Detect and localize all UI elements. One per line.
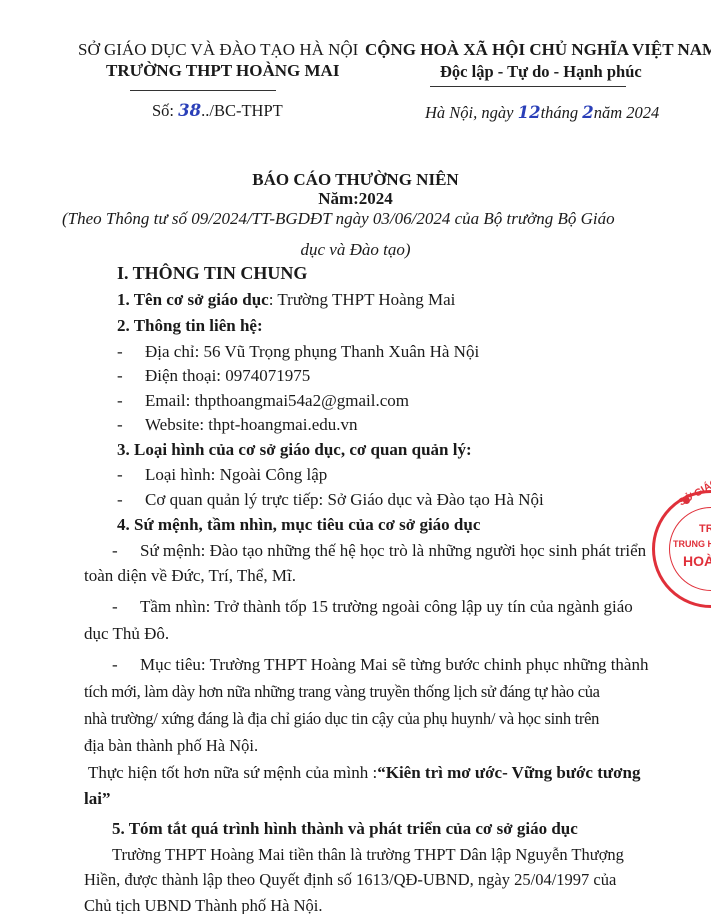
stamp-line2: TRUNG HỌC P bbox=[673, 539, 711, 549]
goal-line4: địa bàn thành phố Hà Nội. bbox=[84, 736, 258, 756]
date-month-label: tháng bbox=[541, 103, 583, 122]
section-heading: I. THÔNG TIN CHUNG bbox=[117, 263, 307, 284]
mission-text: Sứ mệnh: Đào tạo những thế hệ học trò là… bbox=[140, 541, 646, 560]
type-authority: -Cơ quan quản lý trực tiếp: Sở Giáo dục … bbox=[117, 490, 544, 510]
item-1-label: 1. Tên cơ sở giáo dục bbox=[117, 290, 269, 309]
item-1-value: : Trường THPT Hoàng Mai bbox=[269, 290, 456, 309]
type-authority-text: Cơ quan quản lý trực tiếp: Sở Giáo dục v… bbox=[145, 490, 544, 509]
stamp-ring-text: SỞ GIÁO DỤC VÀ ĐÀO TẠO bbox=[677, 432, 711, 508]
stamp-line3: HOÀNG bbox=[683, 553, 711, 569]
item-2-label: 2. Thông tin liên hệ: bbox=[117, 316, 263, 336]
official-stamp: SỞ GIÁO DỤC VÀ ĐÀO TẠO TRƯỜ TRUNG HỌC P … bbox=[652, 490, 711, 608]
report-title-text: BÁO CÁO THƯỜNG NIÊN bbox=[252, 170, 458, 189]
date-prefix: Hà Nội, ngày bbox=[425, 103, 518, 122]
item-4-label: 4. Sứ mệnh, tầm nhìn, mục tiêu của cơ sở… bbox=[117, 515, 480, 535]
report-subtitle-line2: dục và Đào tạo) bbox=[0, 240, 711, 260]
history-line2: Hiền, được thành lập theo Quyết định số … bbox=[84, 870, 616, 890]
history-line3: Chủ tịch UBND Thành phố Hà Nội. bbox=[84, 896, 322, 914]
goal-line3: nhà trường/ xứng đáng là địa chỉ giáo dụ… bbox=[84, 709, 599, 729]
stamp-inner-ring bbox=[669, 507, 711, 591]
motto-quote: “Kiên trì mơ ước- Vững bước tương bbox=[377, 763, 640, 782]
mission-line1: -Sứ mệnh: Đào tạo những thế hệ học trò l… bbox=[112, 541, 646, 561]
number-suffix: ../BC-THPT bbox=[201, 101, 283, 120]
item-5-label: 5. Tóm tắt quá trình hình thành và phát … bbox=[112, 819, 578, 839]
header-right-rule bbox=[430, 86, 626, 87]
item-1: 1. Tên cơ sở giáo dục: Trường THPT Hoàng… bbox=[117, 290, 455, 310]
contact-phone: -Điện thoại: 0974071975 bbox=[117, 366, 310, 386]
contact-phone-text: Điện thoại: 0974071975 bbox=[145, 366, 310, 385]
date-month-handwritten: 2 bbox=[582, 103, 593, 122]
contact-email: -Email: thpthoangmai54a2@gmail.com bbox=[117, 391, 409, 411]
vision-line1: -Tầm nhìn: Trở thành tốp 15 trường ngoài… bbox=[112, 597, 633, 617]
type-school: -Loại hình: Ngoài Công lập bbox=[117, 465, 327, 485]
contact-website-text: Website: thpt-hoangmai.edu.vn bbox=[145, 415, 358, 434]
department-name: SỞ GIÁO DỤC VÀ ĐÀO TẠO HÀ NỘI bbox=[78, 40, 358, 60]
goal-line1: -Mục tiêu: Trường THPT Hoàng Mai sẽ từng… bbox=[112, 655, 648, 675]
school-name: TRƯỜNG THPT HOÀNG MAI bbox=[106, 61, 339, 81]
document-number: Số: 38../BC-THPT bbox=[152, 101, 283, 121]
motto-prefix: Thực hiện tốt hơn nữa sứ mệnh của mình : bbox=[88, 763, 377, 782]
date-year: năm 2024 bbox=[594, 103, 660, 122]
contact-email-text: Email: thpthoangmai54a2@gmail.com bbox=[145, 391, 409, 410]
history-line1: Trường THPT Hoàng Mai tiền thân là trườn… bbox=[112, 845, 624, 865]
motto-line2: lai” bbox=[84, 789, 110, 809]
vision-line2: dục Thủ Đô. bbox=[84, 624, 169, 644]
mission-line2: toàn diện về Đức, Trí, Thể, Mĩ. bbox=[84, 566, 296, 586]
date-day-handwritten: 12 bbox=[518, 103, 541, 122]
country-name: CỘNG HOÀ XÃ HỘI CHỦ NGHĨA VIỆT NAM bbox=[365, 40, 711, 60]
report-subtitle-line1: (Theo Thông tư số 09/2024/TT-BGDĐT ngày … bbox=[62, 209, 615, 229]
contact-address: -Địa chỉ: 56 Vũ Trọng phụng Thanh Xuân H… bbox=[117, 342, 479, 362]
national-motto: Độc lập - Tự do - Hạnh phúc bbox=[440, 62, 642, 82]
document-date: Hà Nội, ngày 12tháng 2năm 2024 bbox=[425, 103, 659, 123]
stamp-line1: TRƯỜ bbox=[699, 523, 711, 535]
contact-website: -Website: thpt-hoangmai.edu.vn bbox=[117, 415, 358, 435]
type-school-text: Loại hình: Ngoài Công lập bbox=[145, 465, 327, 484]
goal-text: Mục tiêu: Trường THPT Hoàng Mai sẽ từng … bbox=[140, 655, 648, 674]
header-left-rule bbox=[130, 90, 276, 91]
contact-address-text: Địa chỉ: 56 Vũ Trọng phụng Thanh Xuân Hà… bbox=[145, 342, 479, 361]
item-3-label: 3. Loại hình của cơ sở giáo dục, cơ quan… bbox=[117, 440, 472, 460]
number-handwritten: 38 bbox=[178, 101, 201, 120]
goal-line2: tích mới, làm dày hơn nữa những trang và… bbox=[84, 682, 600, 702]
vision-text: Tầm nhìn: Trở thành tốp 15 trường ngoài … bbox=[140, 597, 633, 616]
report-title: BÁO CÁO THƯỜNG NIÊN bbox=[0, 170, 711, 190]
motto-line1: Thực hiện tốt hơn nữa sứ mệnh của mình :… bbox=[88, 763, 640, 783]
report-year: Năm:2024 bbox=[0, 189, 711, 209]
number-prefix: Số: bbox=[152, 101, 178, 120]
